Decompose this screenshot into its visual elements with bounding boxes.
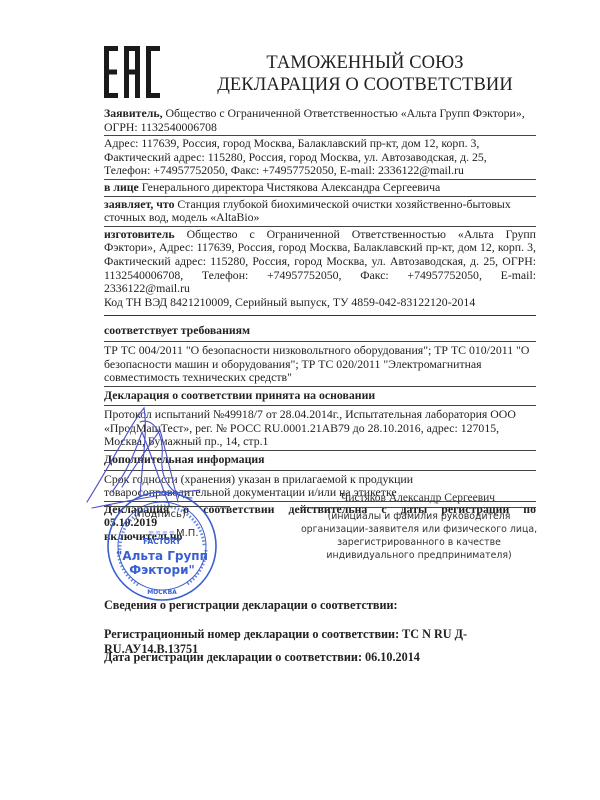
document-title: ТАМОЖЕННЫЙ СОЮЗ ДЕКЛАРАЦИЯ О СООТВЕТСТВИ…	[200, 52, 530, 96]
represented-label: в лице	[104, 180, 139, 194]
head-name-caption: (инициалы и фамилия руководителя организ…	[296, 510, 542, 562]
head-name-line	[300, 507, 536, 508]
eac-logo	[104, 46, 160, 98]
registration-date: Дата регистрации декларации о соответств…	[104, 650, 544, 665]
product-codes: Код ТН ВЭД 8421210009, Серийный выпуск, …	[104, 296, 536, 310]
stamp-company-line2: Фэктори"	[129, 563, 195, 577]
stamp-company-line1: "Альта Групп	[116, 549, 208, 563]
requirements-text: ТР ТС 004/2011 "О безопасности низковоль…	[104, 342, 536, 387]
head-full-name: Чистяков Александр Сергеевич	[300, 492, 536, 504]
registration-heading: Сведения о регистрации декларации о соот…	[104, 598, 544, 613]
svg-text:≡≡≡≡: ≡≡≡≡	[148, 529, 175, 537]
manufacturer-label: изготовитель	[104, 227, 175, 241]
stamp-city-text: МОСКВА	[147, 589, 177, 596]
eac-mark-icon	[104, 46, 160, 98]
applicant-address: Адрес: 117639, Россия, город Москва, Бал…	[104, 136, 487, 177]
applicant-block: Заявитель, Общество с Ограниченной Ответ…	[104, 106, 536, 136]
declares-block: заявляет, что Станция глубокой биохимиче…	[104, 197, 536, 227]
represented-by-block: в лице Генерального директора Чистякова …	[104, 180, 536, 197]
applicant-text: Общество с Ограниченной Ответственностью…	[104, 106, 525, 134]
declares-label: заявляет, что	[104, 197, 174, 211]
title-line-customs-union: ТАМОЖЕННЫЙ СОЮЗ	[200, 52, 530, 74]
applicant-address-block: Адрес: 117639, Россия, город Москва, Бал…	[104, 136, 536, 180]
requirements-heading: соответствует требованиям	[104, 322, 536, 342]
title-line-declaration: ДЕКЛАРАЦИЯ О СООТВЕТСТВИИ	[200, 74, 530, 96]
represented-text: Генерального директора Чистякова Алексан…	[139, 180, 441, 194]
manufacturer-block: изготовитель Общество с Ограниченной Отв…	[104, 227, 536, 317]
seal-place-label: М.П.	[176, 528, 199, 539]
applicant-label: Заявитель,	[104, 106, 163, 120]
signature-line	[104, 506, 230, 507]
signature-label: (подпись)	[134, 509, 186, 520]
